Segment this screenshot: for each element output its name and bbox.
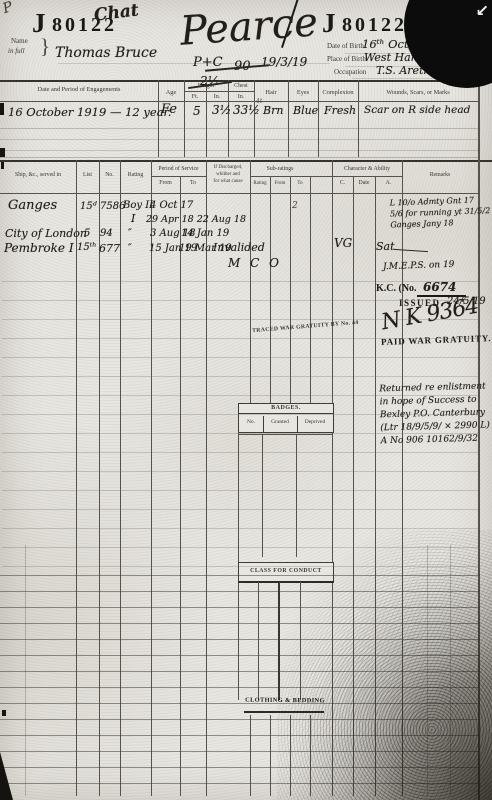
name-label-2: in full	[8, 47, 25, 55]
badges-col-no: No.	[239, 419, 263, 425]
col-height-ft: Ft.	[184, 94, 206, 100]
col-character: Character & Ability	[332, 166, 402, 172]
row1-sub-to-mark: 2	[292, 201, 298, 211]
col-hair: Hair	[254, 89, 288, 96]
col-rating: Rating	[120, 172, 151, 178]
col-eyes: Eyes	[288, 89, 318, 96]
col-character-date: Date	[353, 180, 375, 186]
col-chest: Chest	[228, 83, 254, 89]
col-from: From	[151, 180, 180, 186]
official-number-right-prefix: J	[322, 8, 336, 39]
character-a-value: Sat	[376, 240, 395, 253]
col-sub-to: To	[290, 181, 310, 186]
engagement-hair-value: Brn	[263, 104, 283, 117]
row3-discharged-note: M C O	[228, 256, 282, 270]
row1b-dates: 29 Apr 18 22 Aug 18	[146, 214, 246, 225]
official-number-right-digits: 80122	[342, 14, 407, 37]
edge-mark	[0, 148, 5, 157]
character-c-value: VG	[334, 236, 352, 250]
row3-ship: Pembroke I	[4, 241, 74, 255]
col-wounds: Wounds, Scars, or Marks	[358, 89, 478, 96]
engagement-ft-value: 5	[193, 104, 201, 118]
kc-number-label: K.C. (No.	[376, 283, 417, 294]
engagement-complexion-value: Fresh	[324, 104, 356, 117]
paid-war-gratuity-stamp: PAID WAR GRATUITY.	[381, 333, 492, 347]
row1-no: 7586	[100, 201, 125, 212]
row1-from: 4 Oct 17	[150, 200, 193, 211]
engagement-age-value: Fe	[161, 102, 177, 117]
edge-mark	[1, 162, 4, 169]
badges-col-deprived: Deprived	[297, 419, 333, 425]
conduct-title: CLASS FOR CONDUCT	[239, 568, 333, 574]
pob-label: Place of Birth	[327, 55, 366, 63]
col-age: Age	[158, 89, 184, 96]
col-list: List	[76, 172, 99, 178]
col-discharged-2: whither and	[206, 172, 250, 177]
first-names-value: Thomas Bruce	[55, 45, 157, 61]
edge-mark	[2, 710, 6, 716]
col-period: Period of Service	[151, 166, 206, 172]
row2-list: 5	[84, 228, 90, 239]
col-sub-from: From	[270, 181, 290, 186]
service-record-page: P J 80122 Chat J 80122 Name in full } Th…	[0, 0, 492, 800]
col-chest-in: In.	[228, 94, 254, 100]
col-discharged-1: If Discharged,	[206, 165, 250, 170]
port-division-annotation: Chat	[93, 0, 140, 25]
col-discharged-3: for what cause	[206, 179, 250, 184]
col-character-a: A.	[375, 180, 402, 186]
name-label: Name	[11, 37, 28, 45]
engagement-wounds-value: Scar on R side head	[364, 104, 470, 116]
row1-ship: Ganges	[8, 198, 57, 213]
col-to: To	[180, 180, 206, 186]
corner-arrow-icon[interactable]: ↙	[476, 1, 489, 20]
clothing-underline	[244, 711, 324, 713]
row2-ship: City of London	[5, 227, 87, 240]
surname-signature: Pearce	[179, 0, 320, 55]
page-corner-wedge	[0, 752, 13, 800]
badges-title: BADGES.	[239, 405, 333, 414]
row2-to: 14 Jan 19	[181, 228, 229, 239]
name-brace: }	[40, 34, 50, 59]
row3-list: 15ᵗʰ	[77, 242, 97, 253]
badges-col-granted: Granted	[263, 419, 297, 425]
row3-rating: ″	[128, 243, 132, 254]
footnote-line5: A No 906 10162/9/32	[381, 433, 481, 449]
row3-discharged: Invalided	[213, 241, 265, 254]
col-no: No.	[99, 172, 120, 178]
edge-mark	[0, 103, 4, 115]
remarks-entry: L 10/o Admty Gnt 17 5/6 for running yt 3…	[389, 194, 478, 230]
engagement-eyes-value: Blue	[293, 104, 318, 117]
col-character-c: C.	[332, 180, 353, 186]
engagement-in-value: 3½	[212, 103, 231, 117]
row1-rating: Boy II	[123, 200, 153, 211]
col-ship: Ship, &c., served in	[2, 172, 74, 178]
note-mefps: J.M.E.P.S. on 19	[383, 260, 455, 272]
engagement-chest-value: 33½	[233, 103, 260, 117]
badges-table: BADGES. No. Granted Deprived	[238, 403, 334, 433]
pc-date: 19/3/19	[261, 55, 307, 69]
col-remarks: Remarks	[402, 172, 478, 178]
kc-number-value: 6674	[423, 280, 456, 294]
traced-war-gratuity-stamp: TRACED WAR GRATUITY BY No. 44	[252, 320, 359, 334]
col-engagement-date: Date and Period of Engagements	[4, 86, 154, 93]
row1b-rating: I	[131, 212, 135, 225]
remarks-entry-line3: Ganges Jany 18	[390, 216, 478, 230]
row2-no: 94	[100, 228, 113, 239]
row2-rating: ″	[128, 228, 132, 239]
occupation-label: Occupation	[334, 68, 366, 76]
col-subratings: Sub-ratings	[250, 166, 310, 172]
col-sub-rating: Rating	[250, 181, 270, 186]
col-height-in: In.	[206, 94, 228, 100]
engagement-hair-mark: 4t	[256, 98, 262, 105]
character-a-dash	[394, 249, 428, 252]
row3-no: 677	[99, 242, 120, 255]
corner-pen-mark: P	[1, 0, 15, 17]
dob-label: Date of Birth	[327, 42, 364, 50]
engagement-date-value: 16 October 1919 — 12 year.	[8, 105, 171, 119]
col-complexion: Complexion	[318, 89, 358, 96]
row1-list: 15ᵈ	[80, 201, 97, 212]
